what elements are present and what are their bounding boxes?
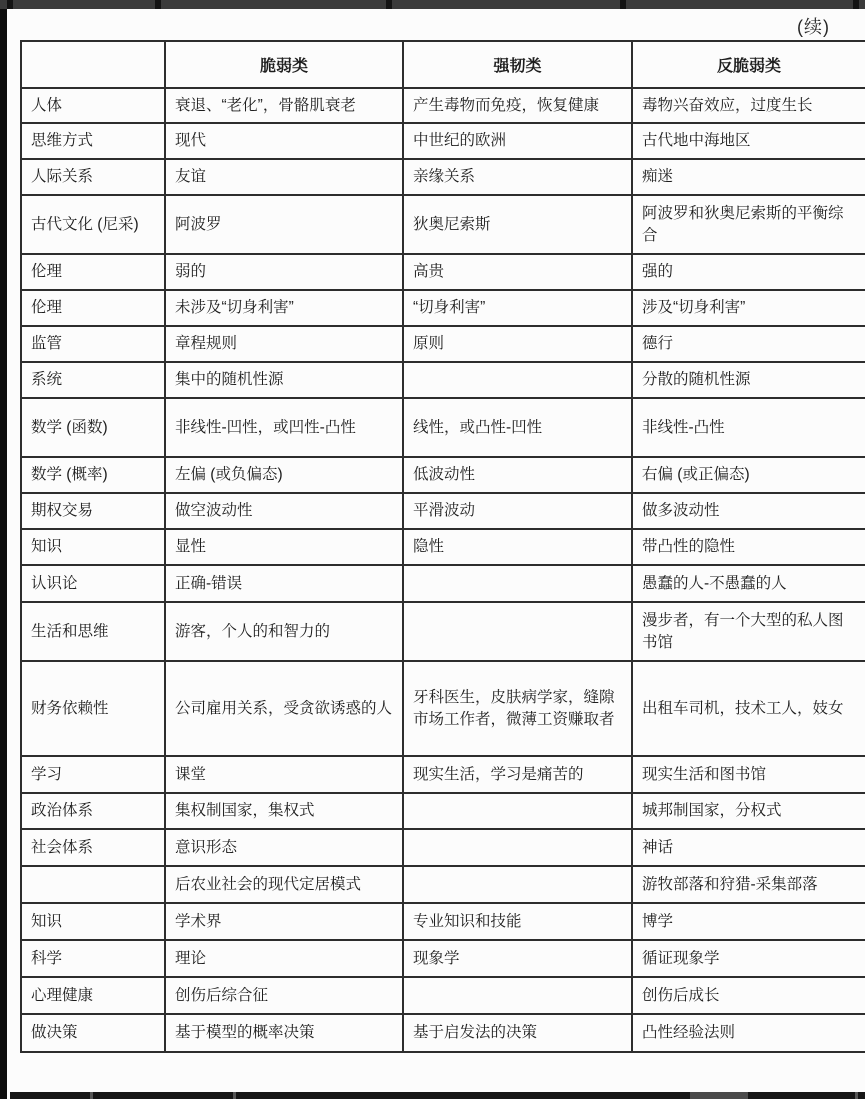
table-row: 伦理未涉及“切身利害”“切身利害”涉及“切身利害” xyxy=(21,290,865,326)
cell-fragile: 弱的 xyxy=(165,254,403,290)
cell-robust: 中世纪的欧洲 xyxy=(403,123,632,159)
cell-category: 期权交易 xyxy=(21,493,165,529)
cell-fragile: 后农业社会的现代定居模式 xyxy=(165,866,403,903)
cell-category: 系统 xyxy=(21,362,165,398)
cell-antifragile: 右偏 (或正偏态) xyxy=(632,457,865,493)
cell-fragile: 做空波动性 xyxy=(165,493,403,529)
cell-robust: 产生毒物而免疫，恢复健康 xyxy=(403,88,632,123)
cell-category: 财务依赖性 xyxy=(21,661,165,756)
cell-fragile: 公司雇用关系，受贪欲诱惑的人 xyxy=(165,661,403,756)
cell-robust: 现象学 xyxy=(403,940,632,977)
cell-category: 心理健康 xyxy=(21,977,165,1014)
scan-line-mark xyxy=(620,0,626,9)
scan-line-mark xyxy=(90,1092,93,1099)
book-page: (续) 脆弱类强韧类反脆弱类 人体衰退、“老化”，骨骼肌衰老产生毒物而免疫，恢复… xyxy=(7,0,865,1099)
scan-line-mark xyxy=(386,0,392,9)
cell-fragile: 创伤后综合征 xyxy=(165,977,403,1014)
cell-category: 做决策 xyxy=(21,1014,165,1052)
cell-fragile: 游客，个人的和智力的 xyxy=(165,602,403,661)
cell-fragile: 学术界 xyxy=(165,903,403,940)
scan-line-mark xyxy=(855,1092,858,1099)
cell-category: 伦理 xyxy=(21,290,165,326)
cell-category: 思维方式 xyxy=(21,123,165,159)
cell-category: 科学 xyxy=(21,940,165,977)
cell-robust: 亲缘关系 xyxy=(403,159,632,195)
cell-robust: 高贵 xyxy=(403,254,632,290)
cell-fragile: 阿波罗 xyxy=(165,195,403,254)
cell-category: 古代文化 (尼采) xyxy=(21,195,165,254)
table-row: 后农业社会的现代定居模式游牧部落和狩猎-采集部落 xyxy=(21,866,865,903)
cell-fragile: 基于模型的概率决策 xyxy=(165,1014,403,1052)
table-row: 人际关系友谊亲缘关系痴迷 xyxy=(21,159,865,195)
table-row: 数学 (概率)左偏 (或负偏态)低波动性右偏 (或正偏态) xyxy=(21,457,865,493)
cell-robust: 线性，或凸性-凹性 xyxy=(403,398,632,457)
cell-antifragile: 做多波动性 xyxy=(632,493,865,529)
table-row: 期权交易做空波动性平滑波动做多波动性 xyxy=(21,493,865,529)
cell-robust: 牙科医生，皮肤病学家，缝隙市场工作者，微薄工资赚取者 xyxy=(403,661,632,756)
cell-category: 监管 xyxy=(21,326,165,362)
table-row: 数学 (函数)非线性-凹性，或凹性-凸性线性，或凸性-凹性非线性-凸性 xyxy=(21,398,865,457)
cell-category: 知识 xyxy=(21,529,165,565)
cell-robust: 基于启发法的决策 xyxy=(403,1014,632,1052)
cell-category: 学习 xyxy=(21,756,165,793)
cell-antifragile: 强的 xyxy=(632,254,865,290)
cell-fragile: 集中的随机性源 xyxy=(165,362,403,398)
cell-antifragile: 创伤后成长 xyxy=(632,977,865,1014)
table-row: 知识学术界专业知识和技能博学 xyxy=(21,903,865,940)
cell-category: 知识 xyxy=(21,903,165,940)
cell-fragile: 意识形态 xyxy=(165,829,403,866)
header-cell: 脆弱类 xyxy=(165,41,403,88)
header-cell xyxy=(21,41,165,88)
cell-category: 伦理 xyxy=(21,254,165,290)
header-row: 脆弱类强韧类反脆弱类 xyxy=(21,41,865,88)
cell-antifragile: 古代地中海地区 xyxy=(632,123,865,159)
cell-antifragile: 德行 xyxy=(632,326,865,362)
cell-antifragile: 分散的随机性源 xyxy=(632,362,865,398)
table-row: 认识论正确-错误愚蠢的人-不愚蠢的人 xyxy=(21,565,865,602)
bottom-scan-artifact xyxy=(10,1092,865,1099)
cell-fragile: 理论 xyxy=(165,940,403,977)
scan-frame: (续) 脆弱类强韧类反脆弱类 人体衰退、“老化”，骨骼肌衰老产生毒物而免疫，恢复… xyxy=(0,0,865,1099)
table-row: 科学理论现象学循证现象学 xyxy=(21,940,865,977)
cell-robust: 现实生活，学习是痛苦的 xyxy=(403,756,632,793)
cell-antifragile: 游牧部落和狩猎-采集部落 xyxy=(632,866,865,903)
header-cell: 反脆弱类 xyxy=(632,41,865,88)
cell-fragile: 课堂 xyxy=(165,756,403,793)
cell-antifragile: 神话 xyxy=(632,829,865,866)
cell-robust xyxy=(403,793,632,829)
scan-line-mark xyxy=(233,1092,236,1099)
cell-fragile: 集权制国家，集权式 xyxy=(165,793,403,829)
cell-antifragile: 循证现象学 xyxy=(632,940,865,977)
cell-robust xyxy=(403,565,632,602)
cell-fragile: 现代 xyxy=(165,123,403,159)
table-row: 系统集中的随机性源分散的随机性源 xyxy=(21,362,865,398)
cell-fragile: 正确-错误 xyxy=(165,565,403,602)
scan-text-remnant xyxy=(690,1092,748,1099)
cell-fragile: 未涉及“切身利害” xyxy=(165,290,403,326)
cell-robust xyxy=(403,602,632,661)
table-row: 知识显性隐性带凸性的隐性 xyxy=(21,529,865,565)
cell-robust: 原则 xyxy=(403,326,632,362)
cell-antifragile: 愚蠢的人-不愚蠢的人 xyxy=(632,565,865,602)
cell-antifragile: 带凸性的隐性 xyxy=(632,529,865,565)
cell-category: 认识论 xyxy=(21,565,165,602)
cell-category: 生活和思维 xyxy=(21,602,165,661)
scan-line-mark xyxy=(853,0,859,9)
scan-line-mark xyxy=(155,0,161,9)
cell-antifragile: 博学 xyxy=(632,903,865,940)
cell-robust: 平滑波动 xyxy=(403,493,632,529)
cell-robust: 隐性 xyxy=(403,529,632,565)
cell-antifragile: 凸性经验法则 xyxy=(632,1014,865,1052)
cell-robust xyxy=(403,362,632,398)
table-row: 社会体系意识形态神话 xyxy=(21,829,865,866)
cell-antifragile: 涉及“切身利害” xyxy=(632,290,865,326)
cell-category xyxy=(21,866,165,903)
table-row: 监管章程规则原则德行 xyxy=(21,326,865,362)
cell-antifragile: 城邦制国家，分权式 xyxy=(632,793,865,829)
cell-antifragile: 非线性-凸性 xyxy=(632,398,865,457)
cell-robust: “切身利害” xyxy=(403,290,632,326)
top-scan-artifact xyxy=(0,0,865,9)
table-row: 古代文化 (尼采)阿波罗狄奥尼索斯阿波罗和狄奥尼索斯的平衡综合 xyxy=(21,195,865,254)
table-row: 做决策基于模型的概率决策基于启发法的决策凸性经验法则 xyxy=(21,1014,865,1052)
continuation-label: (续) xyxy=(797,13,830,39)
table-row: 伦理弱的高贵强的 xyxy=(21,254,865,290)
table-row: 思维方式现代中世纪的欧洲古代地中海地区 xyxy=(21,123,865,159)
cell-robust xyxy=(403,829,632,866)
cell-category: 数学 (函数) xyxy=(21,398,165,457)
fragility-comparison-table: 脆弱类强韧类反脆弱类 人体衰退、“老化”，骨骼肌衰老产生毒物而免疫，恢复健康毒物… xyxy=(20,40,865,1053)
cell-antifragile: 现实生活和图书馆 xyxy=(632,756,865,793)
cell-fragile: 章程规则 xyxy=(165,326,403,362)
table-row: 心理健康创伤后综合征创伤后成长 xyxy=(21,977,865,1014)
table-row: 人体衰退、“老化”，骨骼肌衰老产生毒物而免疫，恢复健康毒物兴奋效应，过度生长 xyxy=(21,88,865,123)
table-row: 生活和思维游客，个人的和智力的漫步者，有一个大型的私人图书馆 xyxy=(21,602,865,661)
cell-antifragile: 漫步者，有一个大型的私人图书馆 xyxy=(632,602,865,661)
table-row: 财务依赖性公司雇用关系，受贪欲诱惑的人牙科医生，皮肤病学家，缝隙市场工作者，微薄… xyxy=(21,661,865,756)
cell-fragile: 非线性-凹性，或凹性-凸性 xyxy=(165,398,403,457)
cell-robust: 专业知识和技能 xyxy=(403,903,632,940)
cell-robust xyxy=(403,977,632,1014)
table-row: 学习课堂现实生活，学习是痛苦的现实生活和图书馆 xyxy=(21,756,865,793)
cell-category: 人体 xyxy=(21,88,165,123)
cell-antifragile: 毒物兴奋效应，过度生长 xyxy=(632,88,865,123)
cell-fragile: 衰退、“老化”，骨骼肌衰老 xyxy=(165,88,403,123)
cell-antifragile: 痴迷 xyxy=(632,159,865,195)
cell-robust xyxy=(403,866,632,903)
header-cell: 强韧类 xyxy=(403,41,632,88)
cell-antifragile: 阿波罗和狄奥尼索斯的平衡综合 xyxy=(632,195,865,254)
cell-category: 数学 (概率) xyxy=(21,457,165,493)
table-row: 政治体系集权制国家，集权式城邦制国家，分权式 xyxy=(21,793,865,829)
cell-category: 社会体系 xyxy=(21,829,165,866)
cell-fragile: 友谊 xyxy=(165,159,403,195)
cell-antifragile: 出租车司机，技术工人，妓女 xyxy=(632,661,865,756)
cell-robust: 狄奥尼索斯 xyxy=(403,195,632,254)
cell-category: 人际关系 xyxy=(21,159,165,195)
cell-fragile: 左偏 (或负偏态) xyxy=(165,457,403,493)
cell-robust: 低波动性 xyxy=(403,457,632,493)
cell-fragile: 显性 xyxy=(165,529,403,565)
cell-category: 政治体系 xyxy=(21,793,165,829)
scan-line-mark xyxy=(7,0,13,9)
